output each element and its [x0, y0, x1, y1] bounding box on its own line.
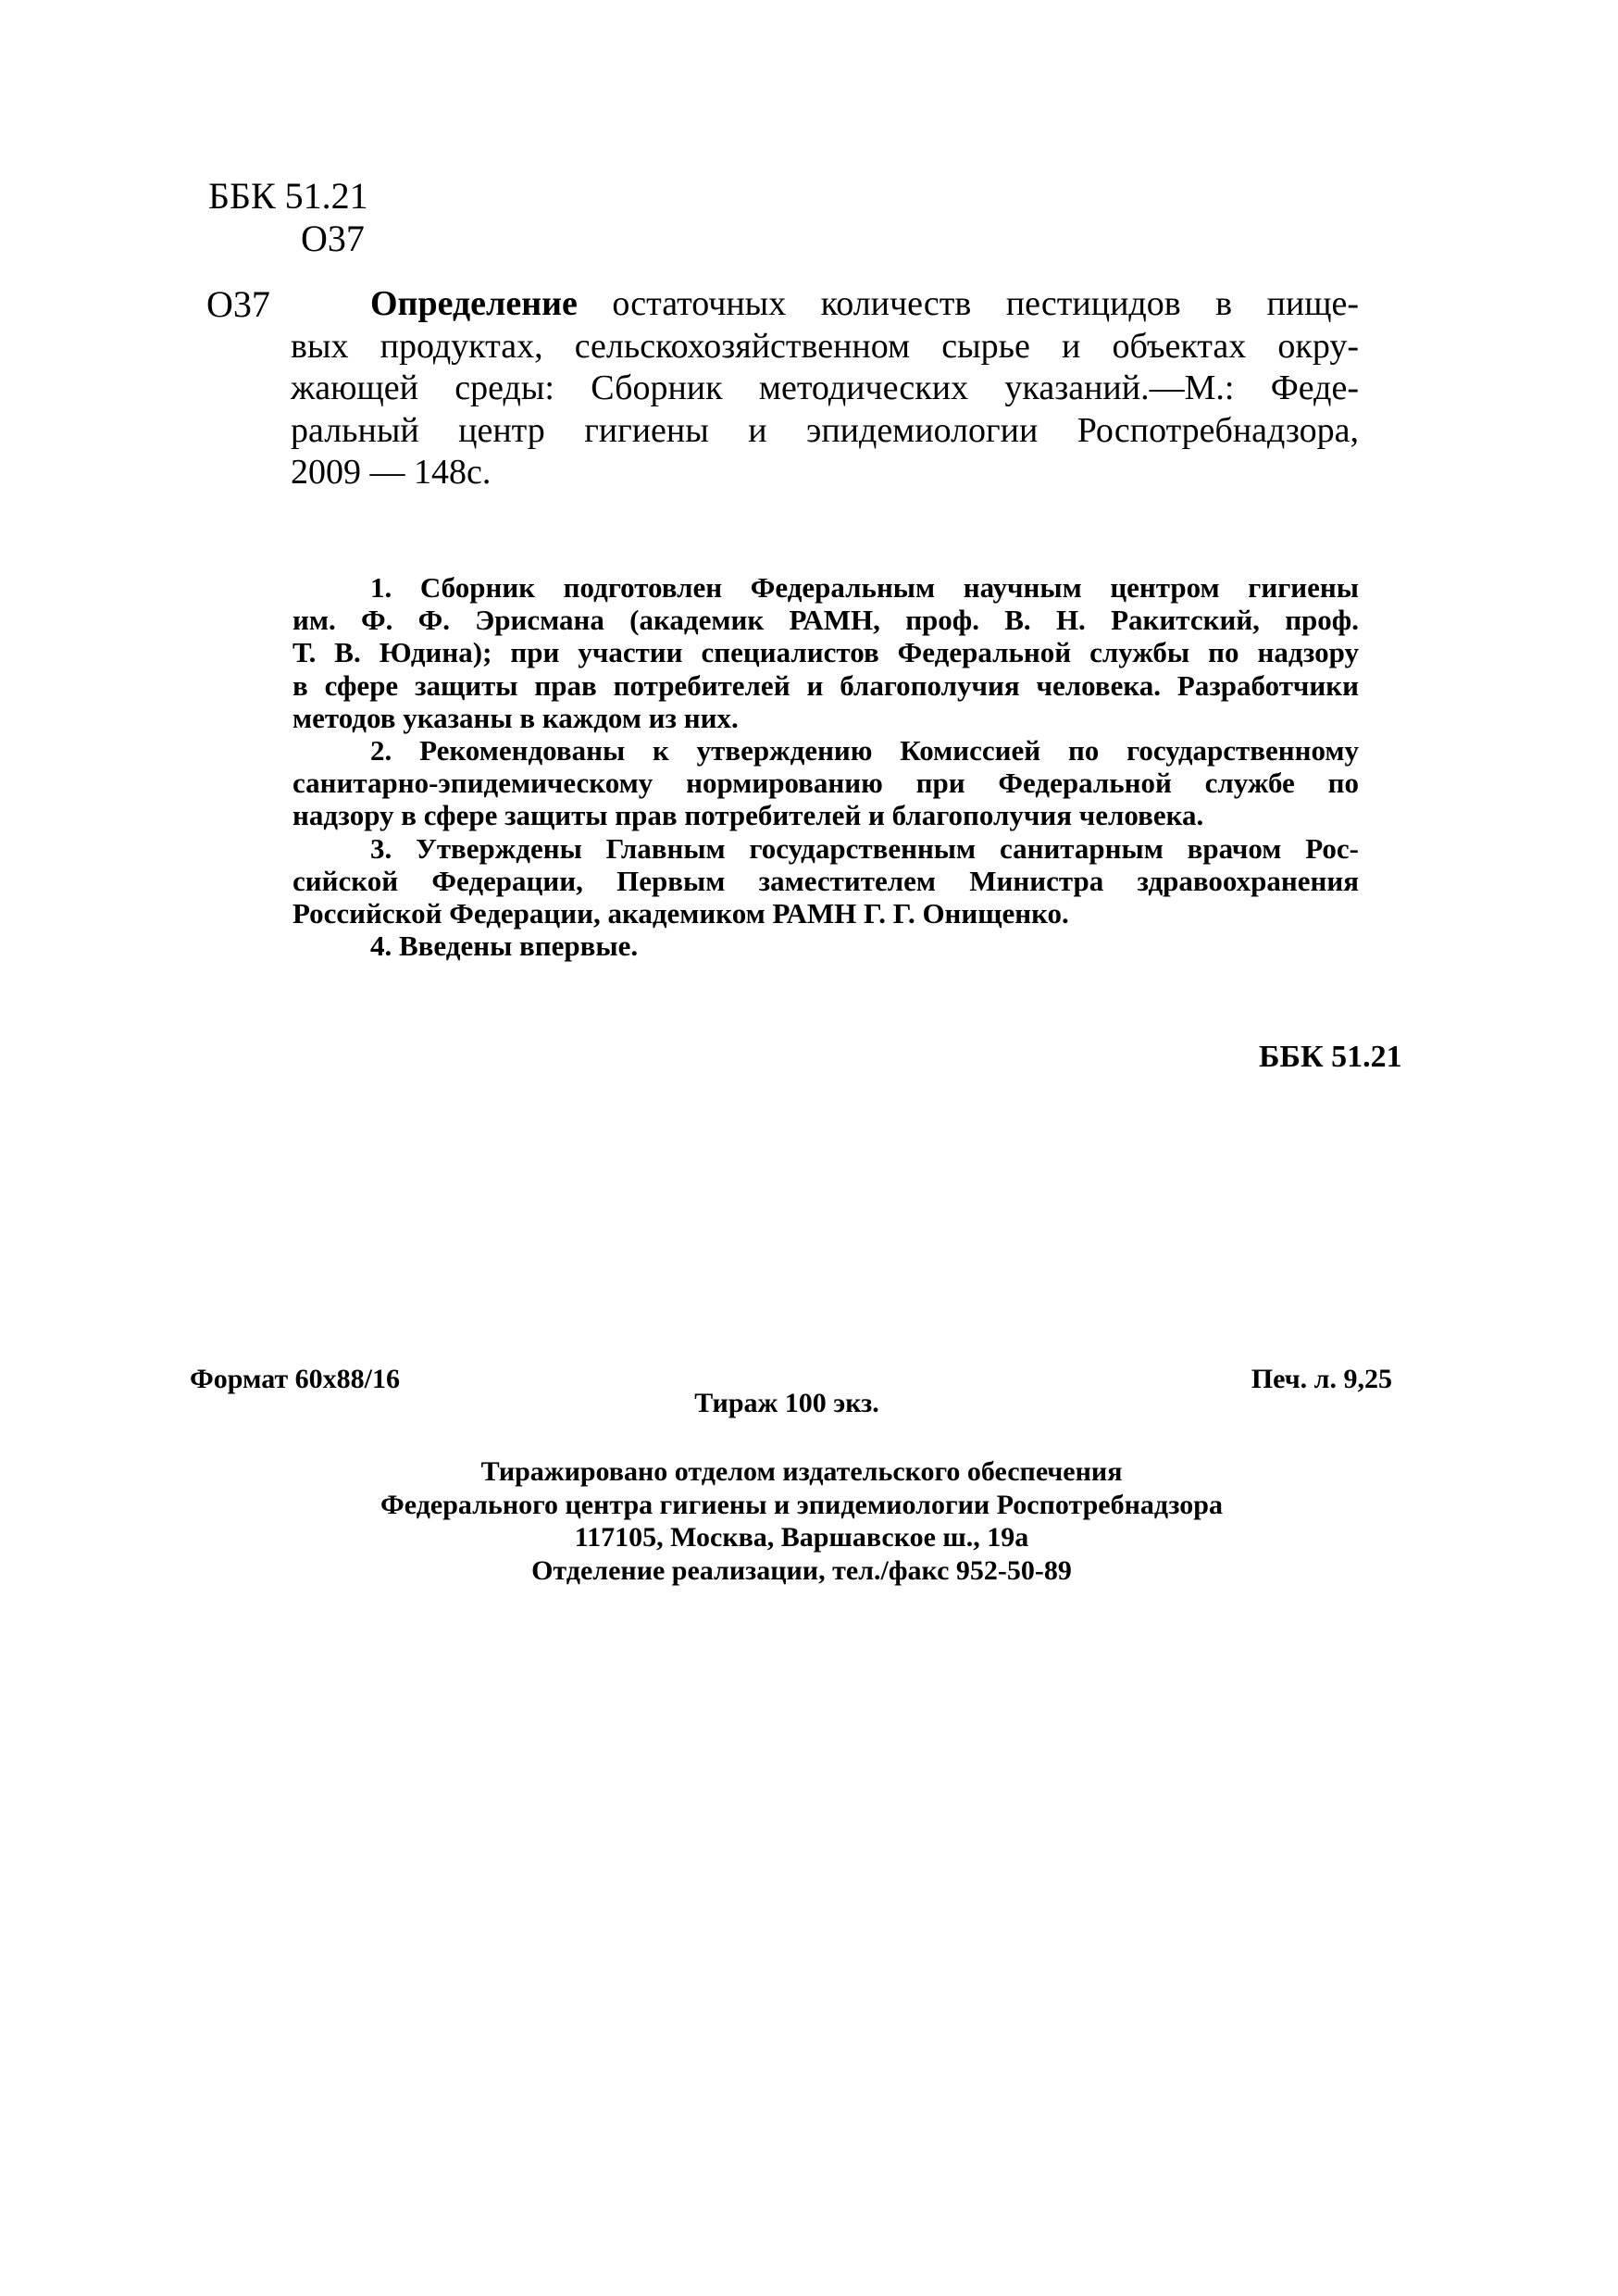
imprint-line: Отделение реализации, тел./факс 952-50-8…: [0, 1554, 1603, 1588]
note-3-line: Российской Федерации, академиком РАМН Г.…: [292, 897, 1359, 930]
imprint-line: 117105, Москва, Варшавское ш., 19а: [0, 1521, 1603, 1554]
entry-line: Определение остаточных количеств пестици…: [291, 283, 1359, 326]
note-1-line: 1. Сборник подготовлен Федеральным научн…: [292, 571, 1359, 604]
bbk-index: ББК 51.21: [208, 176, 368, 217]
entry-line: жающей среды: Сборник методических указа…: [291, 368, 1359, 410]
note-1-line: в сфере защиты прав потребителей и благо…: [292, 669, 1359, 702]
note-1-line: им. Ф. Ф. Эрисмана (академик РАМН, проф.…: [292, 604, 1359, 636]
note-2-line: надзору в сфере защиты прав потребителей…: [292, 799, 1359, 831]
imprint: Тиражировано отделом издательского обесп…: [0, 1455, 1603, 1587]
note-1-line: Т. В. Юдина); при участии специалистов Ф…: [292, 636, 1359, 668]
note-1-line: методов указаны в каждом из них.: [292, 702, 1359, 734]
note-2-line: 2. Рекомендованы к утверждению Комиссией…: [292, 734, 1359, 767]
entry-line: вых продуктах, сельскохозяйственном сырь…: [291, 326, 1359, 368]
notes-section: 1. Сборник подготовлен Федеральным научн…: [292, 571, 1359, 962]
entry-line: ральный центр гигиены и эпидемиологии Ро…: [291, 410, 1359, 453]
imprint-line: Тиражировано отделом издательского обесп…: [0, 1455, 1603, 1489]
imprint-line: Федерального центра гигиены и эпидемиоло…: [0, 1489, 1603, 1522]
note-2-line: санитарно-эпидемическому нормированию пр…: [292, 767, 1359, 799]
bibliographic-entry: Определение остаточных количеств пестици…: [291, 283, 1359, 494]
entry-title-bold: Определение: [370, 284, 578, 323]
entry-author-mark: О37: [206, 283, 270, 325]
note-3-line: 3. Утверждены Главным государственным са…: [292, 832, 1359, 865]
note-3-line: сийской Федерации, Первым заместителем М…: [292, 865, 1359, 897]
entry-line: 2009 — 148с.: [291, 452, 1359, 494]
note-4-line: 4. Введены впервые.: [292, 930, 1359, 962]
print-run-info: Тираж 100 экз.: [0, 1387, 1574, 1420]
footer-bbk-index: ББК 51.21: [1259, 1039, 1402, 1076]
author-mark: О37: [301, 218, 365, 259]
